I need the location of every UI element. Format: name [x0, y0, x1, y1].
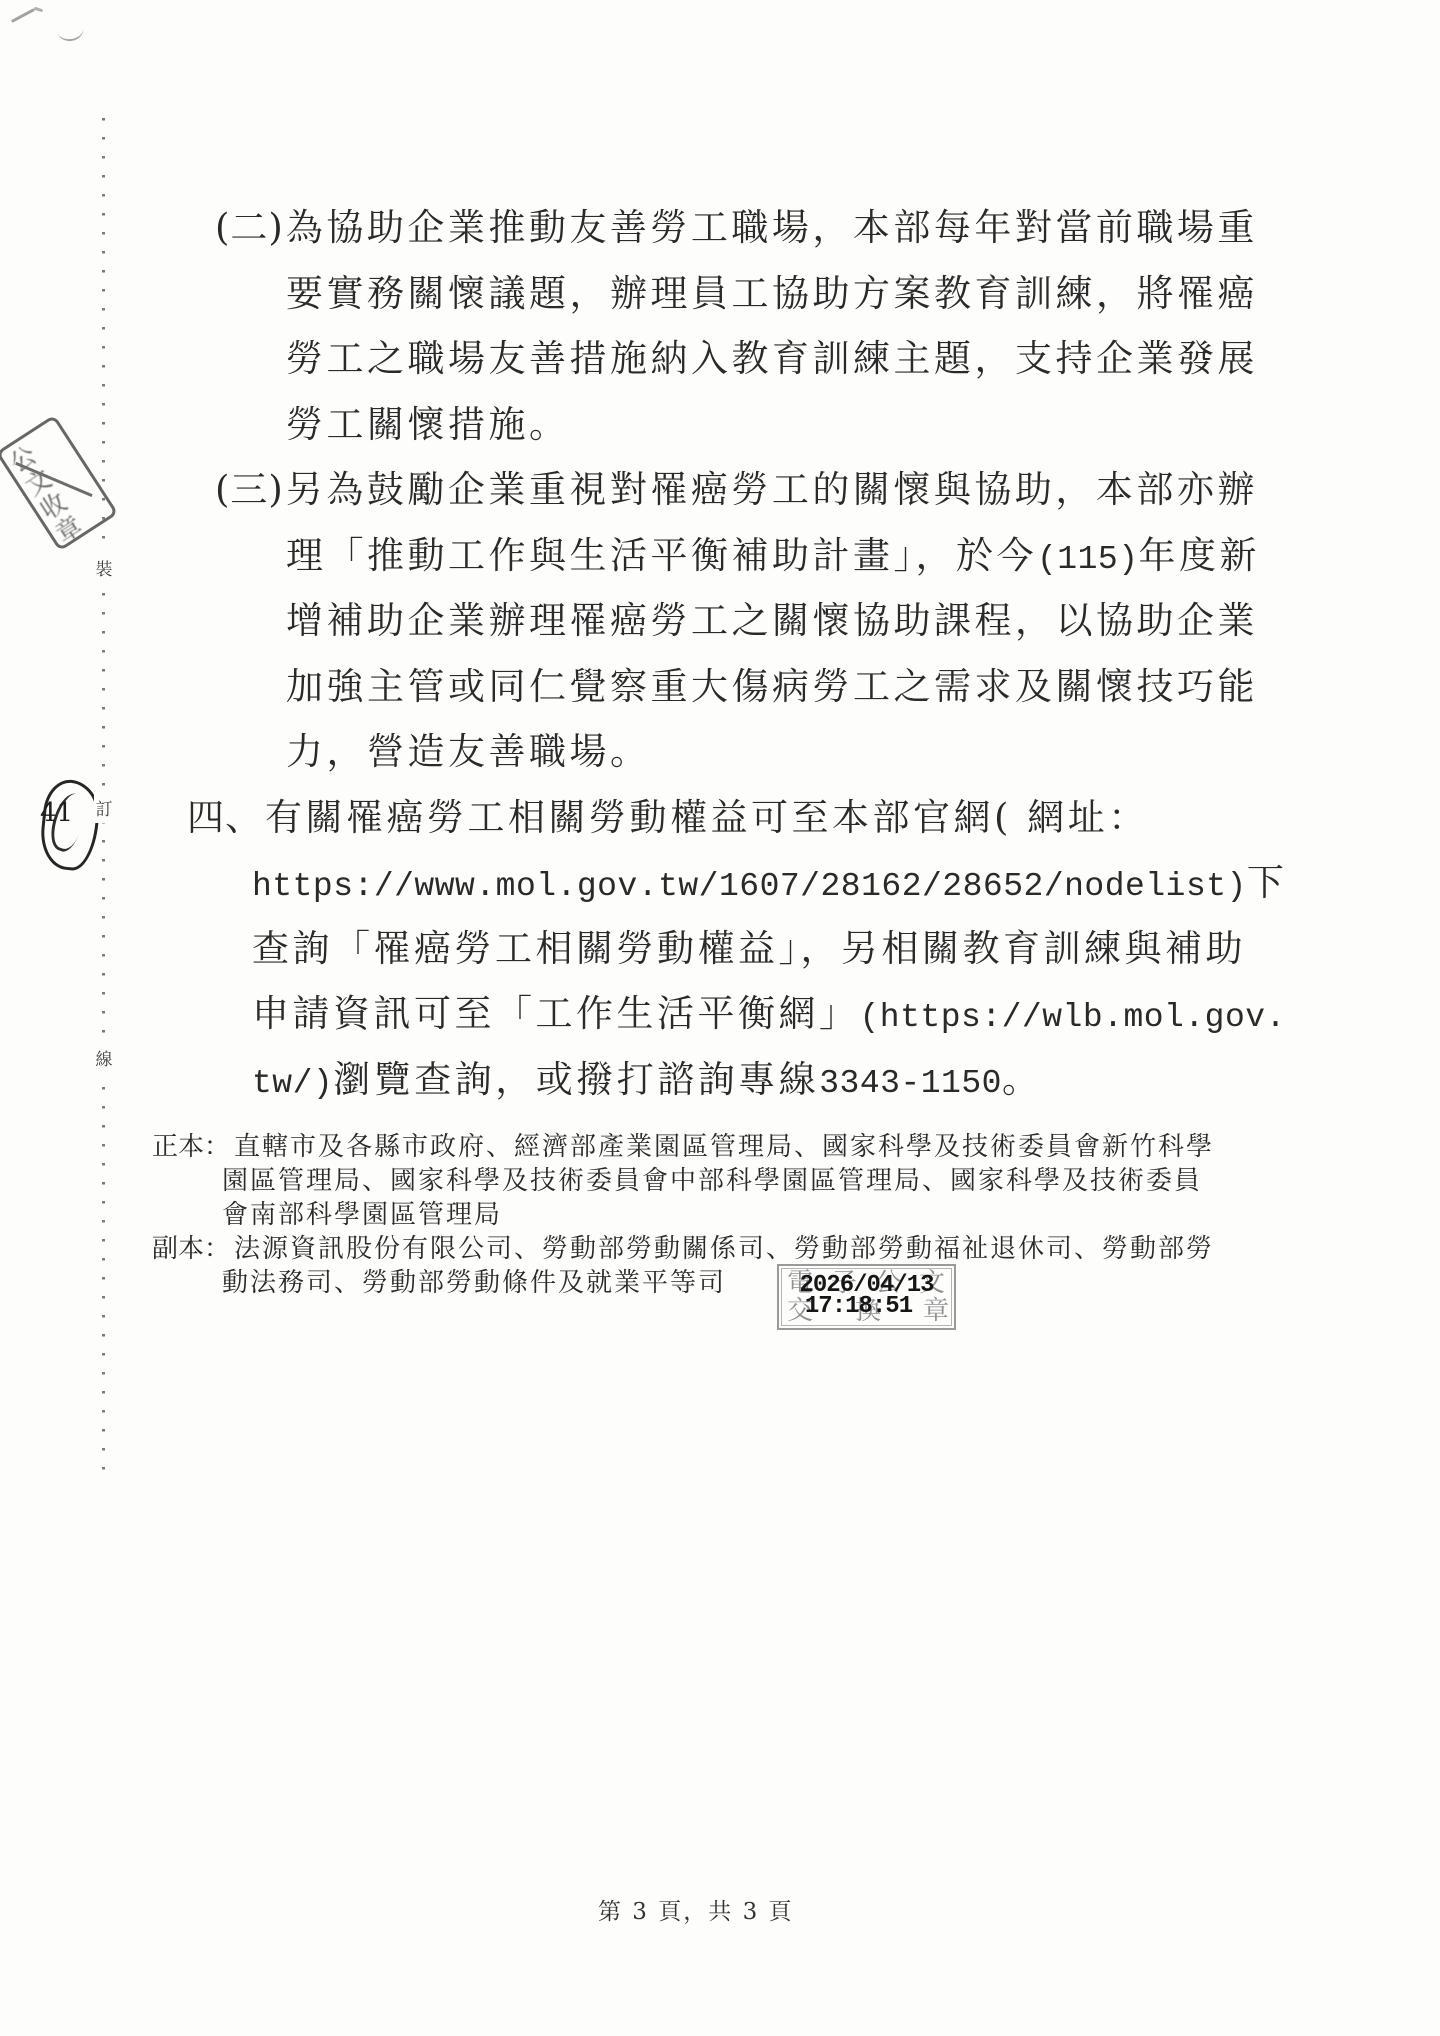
text-segment: 有關罹癌勞工相關勞動權益可至本部官網( 網址：	[265, 796, 1149, 839]
text-segment: 申請資訊可至「工作生活平衡網」	[252, 992, 860, 1035]
text-segment: 法源資訊股份有限公司、勞動部勞動關係司、勞動部勞動福祉退休司、勞動部勞	[234, 1234, 1214, 1264]
binding-mark-ding: 訂	[94, 792, 114, 823]
binding-mark-zhuang: 裝	[94, 552, 114, 583]
copy-label: 副本：	[152, 1234, 230, 1264]
electronic-exchange-stamp: 電子公文 交換章 2026/04/13 17:18:51	[777, 1264, 956, 1330]
text-line: https://www.mol.gov.tw/1607/28162/28652/…	[0, 850, 1440, 916]
text-segment: 下	[1247, 861, 1288, 904]
text-line: 力，營造友善職場。	[0, 719, 1440, 785]
text-segment: 年度新	[1139, 534, 1261, 577]
binding-mark-xian: 線	[94, 1042, 114, 1073]
url-text: https://www.mol.gov.tw/1607/28162/28652/…	[252, 868, 1247, 905]
text-line: 查詢「罹癌勞工相關勞動權益」，另相關教育訓練與補助	[0, 916, 1440, 982]
text-line: (二)為協助企業推動友善勞工職場，本部每年對當前職場重	[0, 195, 1440, 261]
text-line: 勞工之職場友善措施納入教育訓練主題，支持企業發展	[0, 326, 1440, 392]
text-line: 要實務關懷議題，辦理員工協助方案教育訓練，將罹癌	[0, 261, 1440, 327]
text-line: (三)另為鼓勵企業重視對罹癌勞工的關懷與協助，本部亦辦	[0, 457, 1440, 523]
item-marker: 四、	[187, 796, 263, 839]
paragraph-item-4: 四、有關罹癌勞工相關勞動權益可至本部官網( 網址： https://www.mo…	[0, 785, 1440, 1113]
pen-mark	[34, 7, 43, 13]
pen-mark	[57, 28, 84, 43]
text-segment: 直轄市及各縣市政府、經濟部產業園區管理局、國家科學及技術委員會新竹科學	[234, 1132, 1214, 1162]
text-segment: 另為鼓勵企業重視對罹癌勞工的關懷與協助，本部亦辦	[286, 468, 1258, 511]
original-recipients-line: 正本：直轄市及各縣市政府、經濟部產業園區管理局、國家科學及技術委員會新竹科學	[0, 1130, 1440, 1164]
text-line: 加強主管或同仁覺察重大傷病勞工之需求及關懷技巧能	[0, 654, 1440, 720]
year-number: (115)	[1037, 541, 1139, 578]
item-marker: (三)	[215, 468, 284, 511]
text-segment: 瀏覽查詢，或撥打諮詢專線	[333, 1058, 819, 1101]
copy-recipients-line: 副本：法源資訊股份有限公司、勞動部勞動關係司、勞動部勞動福祉退休司、勞動部勞	[0, 1232, 1440, 1266]
url-text: (https://wlb.mol.gov.	[860, 999, 1286, 1036]
text-segment: 。	[1002, 1058, 1043, 1101]
copy-recipients-line: 動法務司、勞動部勞動條件及就業平等司	[0, 1266, 1440, 1300]
text-line: 四、有關罹癌勞工相關勞動權益可至本部官網( 網址：	[0, 785, 1440, 851]
text-line: 勞工關懷措施。	[0, 392, 1440, 458]
page-footer: 第 3 頁，共 3 頁	[598, 1893, 794, 1926]
text-line: 增補助企業辦理罹癌勞工之關懷協助課程，以協助企業	[0, 588, 1440, 654]
text-line: 理「推動工作與生活平衡補助計畫」，於今(115)年度新	[0, 523, 1440, 589]
phone-number: 3343-1150	[819, 1065, 1002, 1102]
paragraph-item-2: (二)為協助企業推動友善勞工職場，本部每年對當前職場重 要實務關懷議題，辦理員工…	[0, 195, 1440, 457]
url-text: tw/)	[252, 1065, 333, 1102]
text-line: tw/)瀏覽查詢，或撥打諮詢專線3343-1150。	[0, 1047, 1440, 1113]
paragraph-item-3: (三)另為鼓勵企業重視對罹癌勞工的關懷與協助，本部亦辦 理「推動工作與生活平衡補…	[0, 457, 1440, 785]
item-marker: (二)	[215, 206, 284, 249]
original-recipients-line: 會南部科學園區管理局	[0, 1198, 1440, 1232]
recipients-block: 正本：直轄市及各縣市政府、經濟部產業園區管理局、國家科學及技術委員會新竹科學 園…	[0, 1130, 1440, 1300]
margin-number: 41	[40, 798, 73, 828]
pen-mark	[11, 8, 35, 23]
text-line: 申請資訊可至「工作生活平衡網」(https://wlb.mol.gov.	[0, 981, 1440, 1047]
document-body: (二)為協助企業推動友善勞工職場，本部每年對當前職場重 要實務關懷議題，辦理員工…	[0, 195, 1440, 1112]
stamp-time: 17:18:51	[771, 1293, 946, 1320]
text-segment: 為協助企業推動友善勞工職場，本部每年對當前職場重	[286, 206, 1258, 249]
text-segment: 理「推動工作與生活平衡補助計畫」，於今	[286, 534, 1037, 577]
original-label: 正本：	[152, 1132, 230, 1162]
original-recipients-line: 園區管理局、國家科學及技術委員會中部科學園區管理局、國家科學及技術委員	[0, 1164, 1440, 1198]
scanned-document-page: 裝 訂 線 公文收章 41 (二)為協助企業推動友善勞工職場，本部每年對當前職場…	[0, 0, 1440, 2036]
